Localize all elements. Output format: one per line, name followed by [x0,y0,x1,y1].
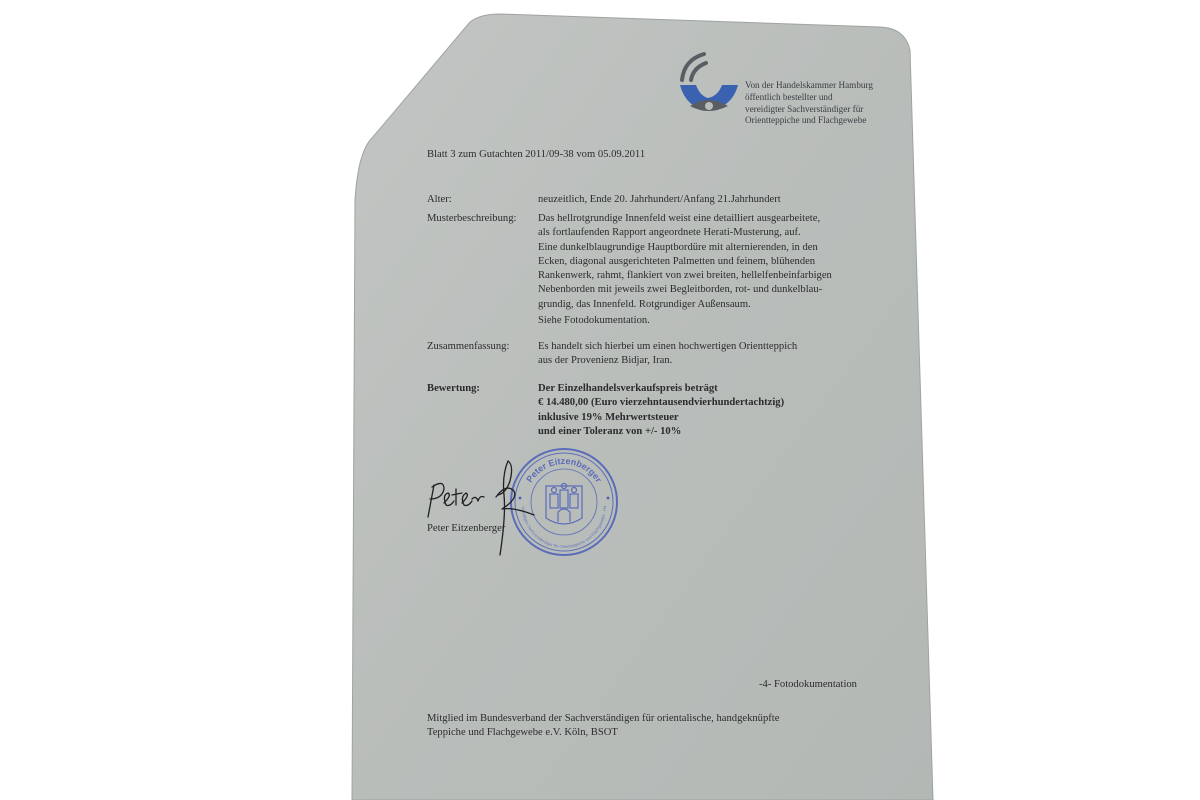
field-label-alter: Alter: [427,193,452,207]
field-value-musterbeschreibung: Das hellrotgrundige Innenfeld weist eine… [538,212,832,312]
letterhead-line: vereidigter Sachverständiger für [745,104,873,116]
text-line: Das hellrotgrundige Innenfeld weist eine… [538,212,832,226]
next-page-note: -4- Fotodokumentation [759,678,857,692]
text-line: grundig, das Innenfeld. Rotgrundiger Auß… [538,298,832,312]
field-label-musterbeschreibung: Musterbeschreibung: [427,212,516,226]
signatory-name: Peter Eitzenberger [427,522,505,536]
text-line: als fortlaufenden Rapport angeordnete He… [538,226,832,240]
footer-line: Mitglied im Bundesverband der Sachverstä… [427,712,779,726]
handwritten-signature [422,455,542,560]
hamburg-castle-icon [546,484,582,525]
letterhead-line: Orientteppiche und Flachgewebe [745,115,873,127]
letterhead-text: Von der Handelskammer Hamburg öffentlich… [745,80,873,127]
field-value-bewertung: Der Einzelhandelsverkaufspreis beträgt €… [538,382,784,439]
text-line: Eine dunkelblaugrundige Hauptbordüre mit… [538,241,832,255]
field-value-alter: neuzeitlich, Ende 20. Jahrhundert/Anfang… [538,193,781,207]
letterhead-line: Von der Handelskammer Hamburg [745,80,873,92]
text-line: inklusive 19% Mehrwertsteuer [538,411,784,425]
price-line: € 14.480,00 (Euro vierzehntausendvierhun… [538,396,784,410]
photo-doc-note: Siehe Fotodokumentation. [538,314,650,328]
text-line: Nebenborden mit jeweils zwei Begleitbord… [538,283,832,297]
footer-membership: Mitglied im Bundesverband der Sachverstä… [427,712,779,741]
footer-line: Teppiche und Flachgewebe e.V. Köln, BSOT [427,726,779,740]
field-label-bewertung: Bewertung: [427,382,480,396]
letterhead-line: öffentlich bestellter und [745,92,873,104]
text-line: Es handelt sich hierbei um einen hochwer… [538,340,797,354]
field-label-zusammenfassung: Zusammenfassung: [427,340,509,354]
text-line: und einer Toleranz von +/- 10% [538,425,784,439]
text-line: Der Einzelhandelsverkaufspreis beträgt [538,382,784,396]
sheet-reference: Blatt 3 zum Gutachten 2011/09-38 vom 05.… [427,148,645,162]
field-value-zusammenfassung: Es handelt sich hierbei um einen hochwer… [538,340,797,369]
text-line: Ecken, diagonal ausgerichteten Palmetten… [538,255,832,269]
text-line: Rankenwerk, rahmt, flankiert von zwei br… [538,269,832,283]
sachverstaendiger-eye-logo-icon [678,50,740,114]
text-line: aus der Provenienz Bidjar, Iran. [538,354,797,368]
